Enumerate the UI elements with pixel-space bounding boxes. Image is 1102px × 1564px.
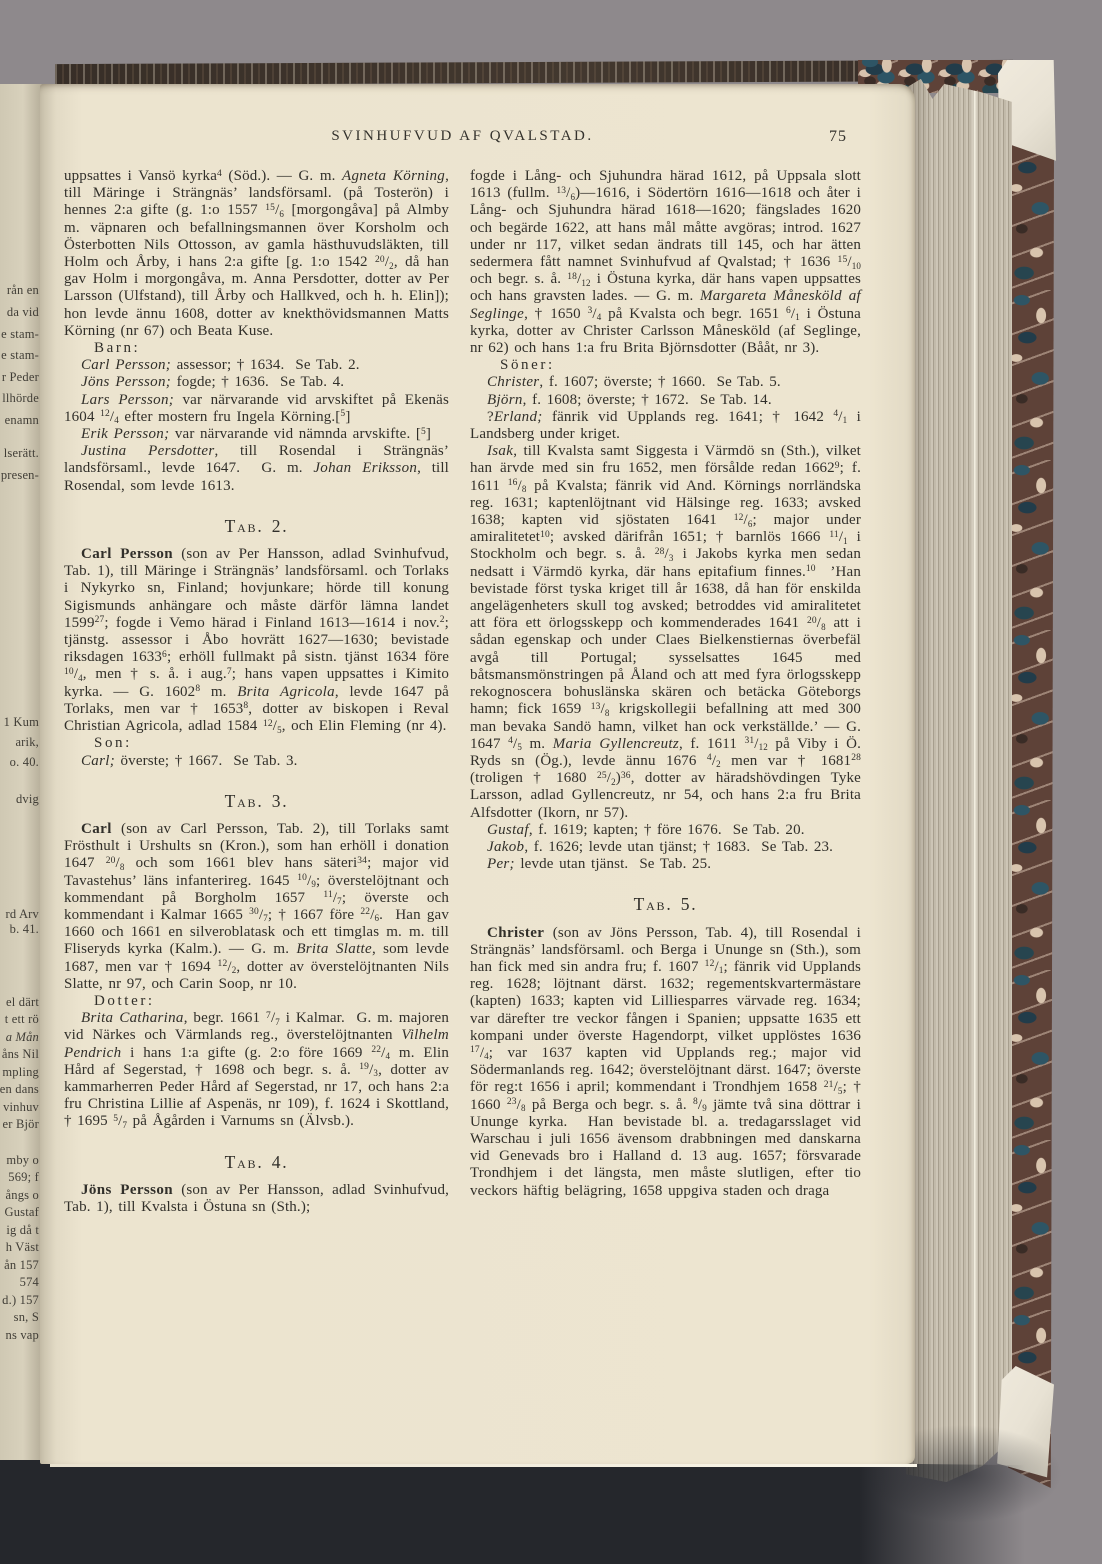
prev-page-text-fragment: sn, S (14, 1310, 39, 1325)
previous-page-sliver: rån enda vide stam-e stam-r Pederllhörde… (0, 84, 42, 1460)
prev-page-text-fragment: Gustaf (4, 1205, 39, 1220)
children-label: Son: (64, 735, 449, 752)
prev-page-text-fragment: ns vap (6, 1328, 40, 1343)
prev-page-text-fragment: mpling (2, 1065, 39, 1080)
prev-page-text-fragment: da vid (7, 305, 39, 320)
paragraph: Carl Persson; assessor; † 1634. Se Tab. … (64, 357, 449, 374)
prev-page-text-fragment: ångs o (6, 1188, 40, 1203)
text-block: uppsattes i Vansö kyrka4 (Söd.). — G. m.… (64, 168, 861, 1216)
prev-page-text-fragment: a Mån (6, 1030, 39, 1045)
prev-page-text-fragment: 574 (20, 1275, 39, 1290)
paragraph: Christer, f. 1607; överste; † 1660. Se T… (470, 374, 861, 391)
prev-page-text-fragment: o. 40. (10, 755, 39, 770)
page-stack-highlight (972, 76, 977, 1490)
paragraph: Per; levde utan tjänst. Se Tab. 25. (470, 856, 861, 873)
prev-page-text-fragment: rån en (7, 283, 39, 298)
paragraph: Jöns Persson (son av Per Hansson, adlad … (64, 1182, 449, 1216)
tab-heading: Tab. 3. (64, 793, 449, 810)
paragraph: Erik Persson; var närvarande vid nämnda … (64, 426, 449, 443)
paragraph: Carl (son av Carl Persson, Tab. 2), till… (64, 821, 449, 993)
prev-page-text-fragment: d.) 157 (2, 1293, 39, 1308)
prev-page-text-fragment: 1 Kum (4, 715, 39, 730)
book-page: SVINHUFVUD AF QVALSTAD. 75 uppsattes i V… (40, 84, 915, 1464)
right-column: fogde i Lång- och Sjuhundra härad 1612, … (470, 168, 861, 1216)
prev-page-text-fragment: h Väst (6, 1240, 39, 1255)
paragraph: Björn, f. 1608; överste; † 1672. Se Tab.… (470, 392, 861, 409)
photo-of-book-page: { "photo": { "colors": { "bg": "#8e898c"… (0, 0, 1102, 1564)
paragraph: Jöns Persson; fogde; † 1636. Se Tab. 4. (64, 374, 449, 391)
running-header-title: SVINHUFVUD AF QVALSTAD. (331, 128, 593, 144)
prev-page-text-fragment: dvig (16, 792, 39, 807)
prev-page-text-fragment: vinhuv (3, 1100, 39, 1115)
prev-page-text-fragment: lserätt. (4, 446, 39, 461)
prev-page-text-fragment: arik, (15, 735, 39, 750)
prev-page-text-fragment: er Björ (3, 1117, 39, 1132)
fore-edge-page-stack (906, 76, 1012, 1490)
prev-page-text-fragment: ån 157 (4, 1258, 39, 1273)
tab-heading: Tab. 2. (64, 518, 449, 535)
left-column: uppsattes i Vansö kyrka4 (Söd.). — G. m.… (64, 168, 449, 1216)
prev-page-text-fragment: presen- (1, 468, 39, 483)
paragraph: Carl; överste; † 1667. Se Tab. 3. (64, 753, 449, 770)
paragraph: Jakob, f. 1626; levde utan tjänst; † 168… (470, 839, 861, 856)
children-label: Barn: (64, 340, 449, 357)
paragraph: Isak, till Kvalsta samt Siggesta i Värmd… (470, 443, 861, 821)
running-header: SVINHUFVUD AF QVALSTAD. 75 (64, 128, 861, 150)
prev-page-text-fragment: el därt (6, 995, 39, 1010)
children-label: Söner: (470, 357, 861, 374)
tab-heading: Tab. 5. (470, 896, 861, 913)
prev-page-text-fragment: enamn (5, 413, 39, 428)
paragraph: fogde i Lång- och Sjuhundra härad 1612, … (470, 168, 861, 357)
prev-page-text-fragment: r Peder (2, 370, 39, 385)
paragraph: Gustaf, f. 1619; kapten; † före 1676. Se… (470, 822, 861, 839)
paragraph: uppsattes i Vansö kyrka4 (Söd.). — G. m.… (64, 168, 449, 340)
tab-heading: Tab. 4. (64, 1154, 449, 1171)
prev-page-text-fragment: rd Arv (6, 907, 40, 922)
paragraph: Christer (son av Jöns Persson, Tab. 4), … (470, 925, 861, 1200)
paragraph: Carl Persson (son av Per Hansson, adlad … (64, 546, 449, 735)
prev-page-text-fragment: ig då t (6, 1223, 39, 1238)
prev-page-text-fragment: en dans (0, 1082, 39, 1097)
page-number: 75 (829, 128, 847, 146)
paragraph: Justina Persdotter, till Rosendal i Strä… (64, 443, 449, 495)
prev-page-text-fragment: 569; f (8, 1170, 39, 1185)
prev-page-text-fragment: e stam- (1, 348, 39, 363)
paragraph: Brita Catharina, begr. 1661 7/7 i Kalmar… (64, 1010, 449, 1130)
prev-page-text-fragment: e stam- (1, 327, 39, 342)
prev-page-text-fragment: mby o (6, 1153, 39, 1168)
paragraph: Lars Persson; var närvarande vid arvskif… (64, 392, 449, 426)
paragraph: ?Erland; fänrik vid Upplands reg. 1641; … (470, 409, 861, 443)
prev-page-text-fragment: t ett rö (5, 1012, 39, 1027)
children-label: Dotter: (64, 993, 449, 1010)
marbled-cover-fore-edge (1008, 120, 1054, 1488)
prev-page-text-fragment: b. 41. (10, 922, 39, 937)
prev-page-text-fragment: llhörde (2, 391, 39, 406)
prev-page-text-fragment: åns Nil (2, 1047, 39, 1062)
